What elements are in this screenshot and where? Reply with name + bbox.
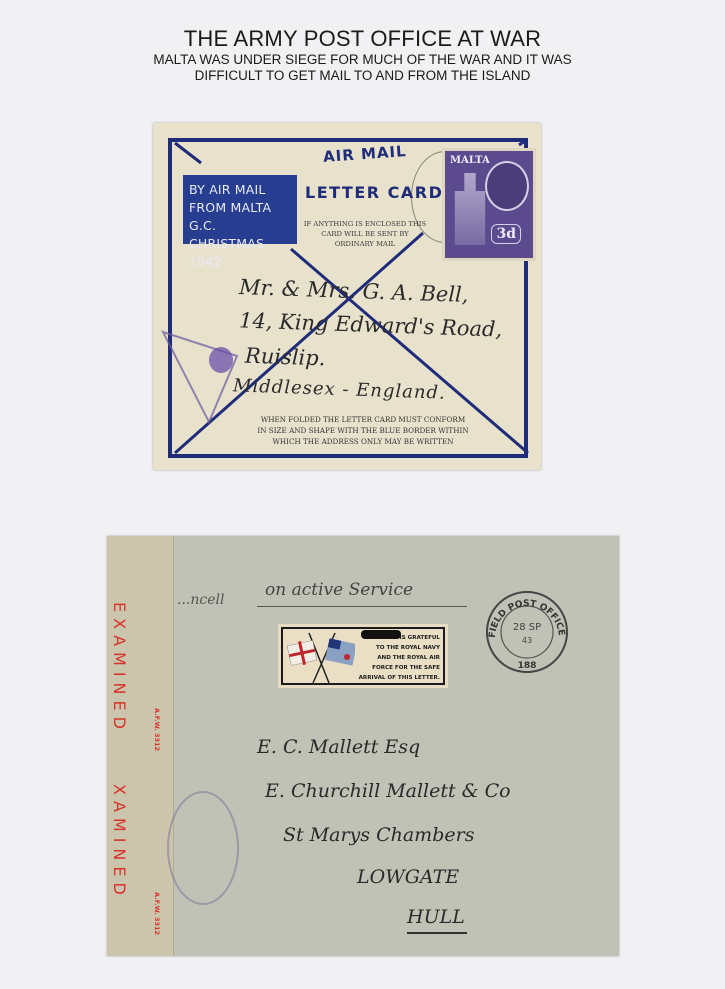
margin-scribble: ...ncell: [177, 592, 224, 608]
address-line: Ruislip.: [245, 344, 326, 371]
address-line: E. C. Mallett Esq: [257, 736, 420, 758]
folding-note: WHEN FOLDED THE LETTER CARD MUST CONFORM…: [213, 414, 513, 447]
stamp-value: 3d: [491, 224, 521, 244]
label-line: ARRIVAL OF THIS LETTER.: [359, 673, 440, 683]
page-header: THE ARMY POST OFFICE AT WAR MALTA WAS UN…: [0, 26, 725, 84]
page-subtitle-line2: DIFFICULT TO GET MAIL TO AND FROM THE IS…: [0, 68, 725, 84]
by-air-mail-label: BY AIR MAIL FROM MALTA G.C. CHRISTMAS 19…: [183, 175, 297, 244]
patriotic-label: IS GRATEFUL TO THE ROYAL NAVY AND THE RO…: [278, 624, 448, 688]
underline: [407, 932, 467, 934]
underline: [257, 606, 467, 607]
form-code: A.F.W. 3312: [153, 892, 161, 935]
censor-round-stamp-icon: [167, 791, 239, 905]
king-portrait-icon: [485, 161, 529, 211]
airmail-label-line: FROM MALTA G.C.: [189, 199, 291, 235]
address-line: LOWGATE: [357, 866, 459, 888]
censor-tape: EXAMINED XAMINED A.F.W. 3312 A.F.W. 3312: [107, 536, 174, 956]
airmail-label-line: BY AIR MAIL: [189, 181, 291, 199]
crossed-flags-icon: [285, 631, 355, 685]
label-text: IS GRATEFUL TO THE ROYAL NAVY AND THE RO…: [359, 633, 440, 683]
address-line: HULL: [407, 906, 465, 928]
svg-text:28 SP: 28 SP: [513, 622, 541, 633]
postmark-ring-icon: FIELD POST OFFICE 28 SP 43 188: [483, 588, 571, 676]
postage-stamp: MALTA 3d: [442, 148, 536, 261]
note-line: IN SIZE AND SHAPE WITH THE BLUE BORDER W…: [213, 425, 513, 436]
page-subtitle-line1: MALTA WAS UNDER SIEGE FOR MUCH OF THE WA…: [0, 52, 725, 68]
airmail-letter-card: BY AIR MAIL FROM MALTA G.C. CHRISTMAS 19…: [153, 123, 541, 470]
page-title: THE ARMY POST OFFICE AT WAR: [0, 26, 725, 52]
stamp-country: MALTA: [450, 155, 490, 166]
field-post-office-postmark: FIELD POST OFFICE 28 SP 43 188: [483, 588, 571, 676]
form-code: A.F.W. 3312: [153, 708, 161, 751]
address-line: St Marys Chambers: [283, 824, 474, 846]
svg-text:43: 43: [522, 636, 532, 645]
service-text: on active Service: [265, 580, 413, 600]
examined-label: XAMINED: [110, 784, 129, 901]
note-line: WHEN FOLDED THE LETTER CARD MUST CONFORM: [213, 414, 513, 425]
note-line: CARD WILL BE SENT BY: [290, 229, 440, 239]
censor-triangle-icon: [159, 328, 241, 424]
label-line: TO THE ROYAL NAVY: [359, 643, 440, 653]
svg-text:188: 188: [518, 661, 537, 671]
note-line: WHICH THE ADDRESS ONLY MAY BE WRITTEN: [213, 436, 513, 447]
label-line: AND THE ROYAL AIR: [359, 653, 440, 663]
label-line: IS GRATEFUL: [359, 633, 440, 643]
examined-label: EXAMINED: [110, 602, 129, 735]
label-line: FORCE FOR THE SAFE: [359, 663, 440, 673]
cathedral-icon: [451, 173, 489, 245]
address-line: E. Churchill Mallett & Co: [265, 780, 511, 802]
active-service-cover: EXAMINED XAMINED A.F.W. 3312 A.F.W. 3312…: [107, 536, 619, 956]
airmail-label-line: CHRISTMAS 1942: [189, 235, 291, 271]
note-line: ORDINARY MAIL: [290, 239, 440, 249]
